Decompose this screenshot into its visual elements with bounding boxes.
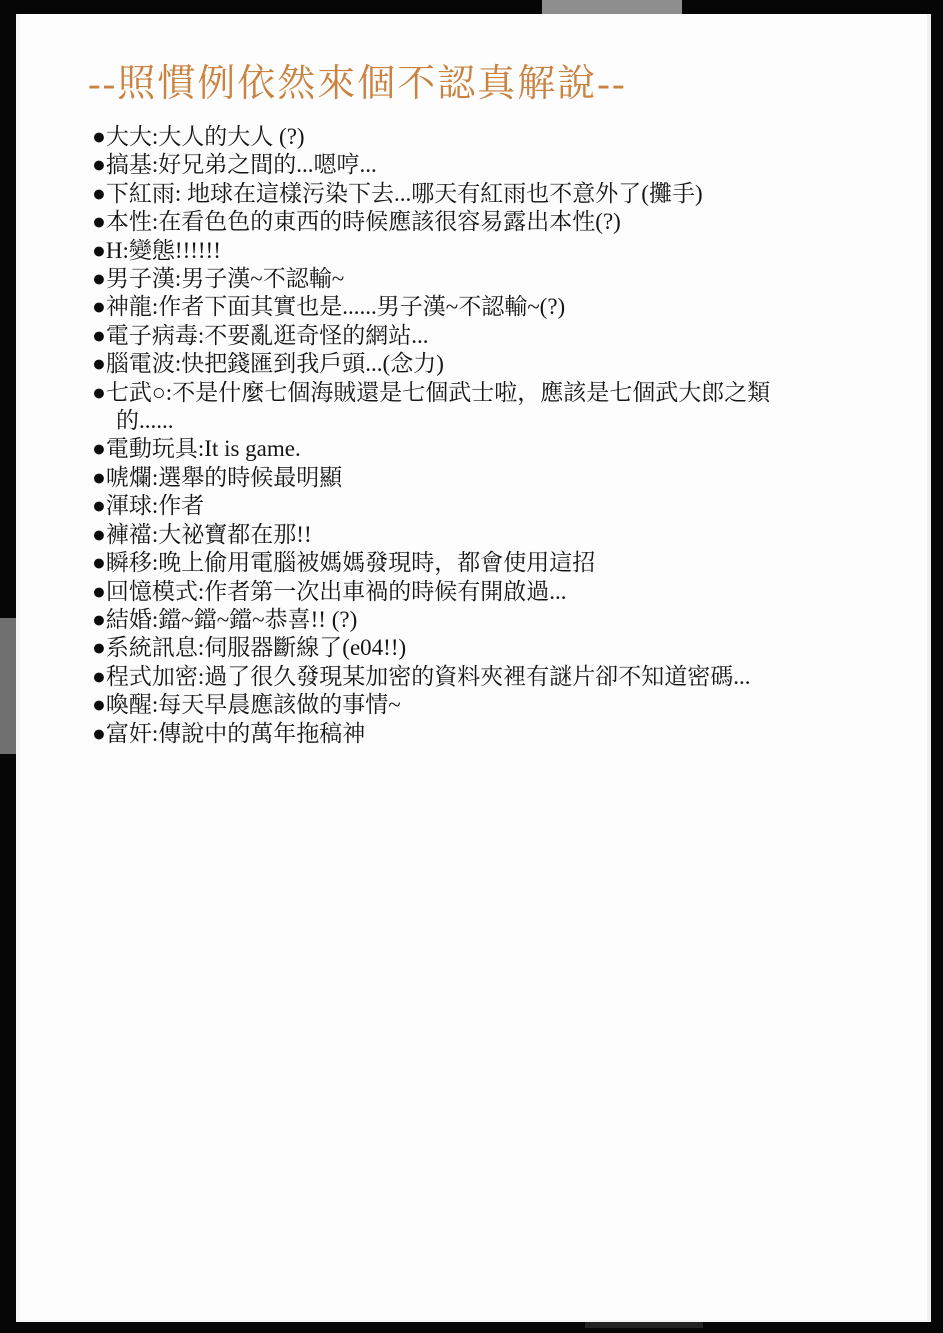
glossary-entry: ●結婚:鐺~鐺~鐺~恭喜!! (?) [92,606,782,634]
glossary-section-2: ●H:變態!!!!!! ●男子漢:男子漢~不認輸~ ●神龍:作者下面其實也是..… [92,237,782,436]
entry-text: 系統訊息:伺服器斷線了(e04!!) [106,635,406,660]
entry-text: 結婚:鐺~鐺~鐺~恭喜!! (?) [106,607,357,632]
entry-text: 褲襠:大祕寶都在那!! [106,522,312,547]
glossary-entry: ●七武○:不是什麼七個海賊還是七個武士啦，應該是七個武大郎之類的...... [92,379,782,436]
glossary-entry: ●本性:在看色色的東西的時候應該很容易露出本性(?) [92,208,782,236]
glossary-entry: ●大大:大人的大人 (?) [92,123,782,151]
bullet-icon: ● [92,692,106,717]
entry-text: 電子病毒:不要亂逛奇怪的網站... [106,323,429,348]
bullet-icon: ● [92,266,106,291]
entry-text: 下紅雨: 地球在這樣污染下去...哪天有紅雨也不意外了(攤手) [106,181,703,206]
page-title: --照慣例依然來個不認真解說-- [88,52,627,107]
bullet-icon: ● [92,124,106,149]
entry-text: 富奸:傳說中的萬年拖稿神 [106,721,365,746]
glossary-section-3: ●電動玩具:It is game. ●唬爛:選舉的時候最明顯 ●渾球:作者 ●褲… [92,435,782,577]
glossary-entry: ●富奸:傳說中的萬年拖稿神 [92,720,782,748]
entry-text: H:變態!!!!!! [106,238,221,263]
glossary-entry: ●褲襠:大祕寶都在那!! [92,521,782,549]
entry-text: 本性:在看色色的東西的時候應該很容易露出本性(?) [106,209,621,234]
bullet-icon: ● [92,522,106,547]
entry-text: 腦電波:快把錢匯到我戶頭...(念力) [106,351,444,376]
entry-text: 程式加密:過了很久發現某加密的資料夾裡有謎片卻不知道密碼... [106,664,751,689]
glossary-entry: ●渾球:作者 [92,492,782,520]
bullet-icon: ● [92,152,106,177]
glossary-entry: ●下紅雨: 地球在這樣污染下去...哪天有紅雨也不意外了(攤手) [92,180,782,208]
bullet-icon: ● [92,351,106,376]
glossary-entry: ●回憶模式:作者第一次出車禍的時候有開啟過... [92,578,782,606]
glossary-entry: ●神龍:作者下面其實也是......男子漢~不認輸~(?) [92,293,782,321]
entry-text: 回憶模式:作者第一次出車禍的時候有開啟過... [106,579,567,604]
entry-text: 男子漢:男子漢~不認輸~ [106,266,344,291]
bullet-icon: ● [92,664,106,689]
glossary-list: ●大大:大人的大人 (?) ●搞基:好兄弟之間的...嗯哼... ●下紅雨: 地… [92,123,782,748]
bullet-icon: ● [92,436,106,461]
bullet-icon: ● [92,550,106,575]
bullet-icon: ● [92,181,106,206]
entry-text: 唬爛:選舉的時候最明顯 [106,465,342,490]
bullet-icon: ● [92,635,106,660]
glossary-entry: ●電動玩具:It is game. [92,435,782,463]
glossary-entry: ●瞬移:晚上偷用電腦被媽媽發現時，都會使用這招 [92,549,782,577]
glossary-entry: ●腦電波:快把錢匯到我戶頭...(念力) [92,350,782,378]
scan-artifact-left [0,618,16,754]
scan-artifact-bottom [585,1322,703,1328]
entry-text: 渾球:作者 [106,493,204,518]
entry-text: 喚醒:每天早晨應該做的事情~ [106,692,401,717]
glossary-entry: ●H:變態!!!!!! [92,237,782,265]
bullet-icon: ● [92,238,106,263]
bullet-icon: ● [92,294,106,319]
bullet-icon: ● [92,579,106,604]
document-page: --照慣例依然來個不認真解說-- ●大大:大人的大人 (?) ●搞基:好兄弟之間… [16,14,931,1322]
entry-text: 瞬移:晚上偷用電腦被媽媽發現時，都會使用這招 [106,550,595,575]
glossary-section-1: ●大大:大人的大人 (?) ●搞基:好兄弟之間的...嗯哼... ●下紅雨: 地… [92,123,782,237]
bullet-icon: ● [92,607,106,632]
scan-artifact-top [542,0,682,14]
glossary-entry: ●男子漢:男子漢~不認輸~ [92,265,782,293]
entry-text: 七武○:不是什麼七個海賊還是七個武士啦，應該是七個武大郎之類的...... [106,380,770,433]
glossary-entry: ●搞基:好兄弟之間的...嗯哼... [92,151,782,179]
glossary-entry: ●電子病毒:不要亂逛奇怪的網站... [92,322,782,350]
entry-text: 神龍:作者下面其實也是......男子漢~不認輸~(?) [106,294,565,319]
entry-text: 電動玩具:It is game. [106,436,301,461]
bullet-icon: ● [92,380,106,405]
scan-background: { "frame": { "background_color": "#06060… [0,0,943,1333]
entry-text: 搞基:好兄弟之間的...嗯哼... [106,152,377,177]
bullet-icon: ● [92,209,106,234]
glossary-entry: ●系統訊息:伺服器斷線了(e04!!) [92,634,782,662]
bullet-icon: ● [92,493,106,518]
glossary-entry: ●唬爛:選舉的時候最明顯 [92,464,782,492]
entry-text: 大大:大人的大人 (?) [106,124,305,149]
glossary-entry: ●喚醒:每天早晨應該做的事情~ [92,691,782,719]
bullet-icon: ● [92,721,106,746]
glossary-entry: ●程式加密:過了很久發現某加密的資料夾裡有謎片卻不知道密碼... [92,663,782,691]
bullet-icon: ● [92,465,106,490]
glossary-section-4: ●回憶模式:作者第一次出車禍的時候有開啟過... ●結婚:鐺~鐺~鐺~恭喜!! … [92,578,782,748]
bullet-icon: ● [92,323,106,348]
